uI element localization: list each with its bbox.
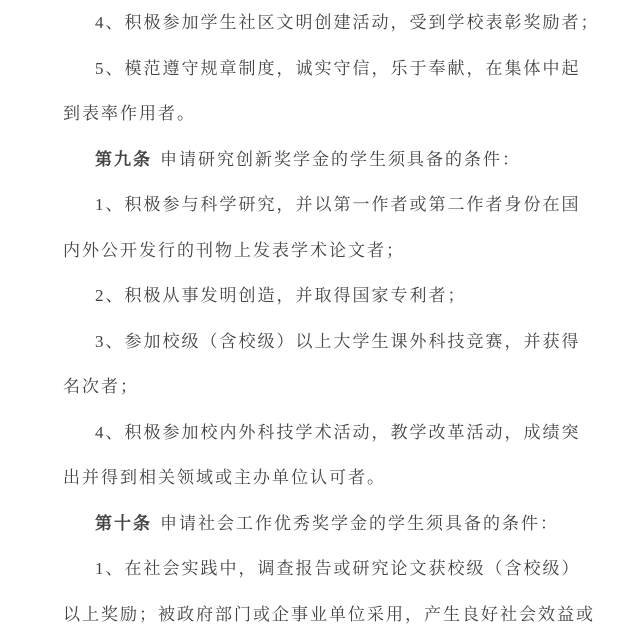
article-heading-text: 申请研究创新奖学金的学生须具备的条件： — [160, 150, 521, 169]
article-heading-text: 申请社会工作优秀奖学金的学生须具备的条件： — [160, 514, 559, 533]
paragraph-line: 5、模范遵守规章制度，诚实守信，乐于奉献，在集体中起 — [63, 46, 611, 92]
paragraph-continuation-line: 名次者； — [63, 364, 611, 410]
paragraph-line: 2、积极从事发明创造，并取得国家专利者； — [63, 273, 611, 319]
paragraph-continuation-line: 内外公开发行的刊物上发表学术论文者； — [63, 228, 611, 274]
paragraph-line: 1、在社会实践中，调查报告或研究论文获校级（含校级） — [63, 546, 611, 592]
article-heading: 第九条申请研究创新奖学金的学生须具备的条件： — [63, 137, 611, 183]
article-number: 第十条 — [95, 514, 152, 533]
paragraph-line: 4、积极参加校内外科技学术活动，教学改革活动，成绩突 — [63, 410, 611, 456]
paragraph-continuation-line: 到表率作用者。 — [63, 91, 611, 137]
paragraph-continuation-line: 以上奖励；被政府部门或企事业单位采用，产生良好社会效益或 — [63, 592, 611, 637]
paragraph-line: 3、参加校级（含校级）以上大学生课外科技竞赛，并获得 — [63, 319, 611, 365]
paragraph-line: 1、积极参与科学研究，并以第一作者或第二作者身份在国 — [63, 182, 611, 228]
article-heading: 第十条申请社会工作优秀奖学金的学生须具备的条件： — [63, 501, 611, 547]
paragraph-continuation-line: 出并得到相关领域或主办单位认可者。 — [63, 455, 611, 501]
document-page: 4、积极参加学生社区文明创建活动，受到学校表彰奖励者； 5、模范遵守规章制度，诚… — [0, 0, 621, 637]
paragraph-line: 4、积极参加学生社区文明创建活动，受到学校表彰奖励者； — [63, 0, 611, 46]
article-number: 第九条 — [95, 150, 152, 169]
